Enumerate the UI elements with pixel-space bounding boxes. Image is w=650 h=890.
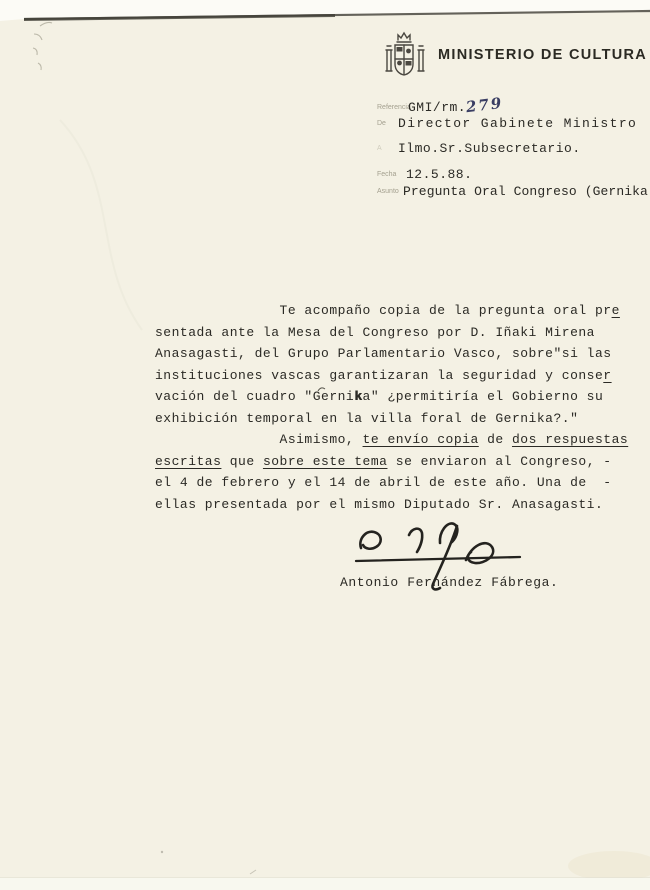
recipient-name: Ilmo.Sr.Subsecretario. <box>398 141 581 156</box>
field-fecha: Fecha12.5.88. <box>377 165 472 183</box>
field-label-referencia: Referencia <box>377 104 408 111</box>
field-a: AIlmo.Sr.Subsecretario. <box>377 139 581 157</box>
field-de: DeDirector Gabinete Ministro <box>377 114 637 132</box>
reference-number: GMI/rm. <box>408 100 466 115</box>
subject-value: Pregunta Oral Congreso (Gernika <box>403 184 648 199</box>
field-label-asunto: Asunto <box>377 188 403 195</box>
body-line: Te acompaño copia de la pregunta oral pr… <box>155 300 628 322</box>
sender-name: Director Gabinete Ministro <box>398 116 637 131</box>
body-line: vación del cuadro "Gernika" ¿permitiría … <box>155 386 628 408</box>
field-label-fecha: Fecha <box>377 171 406 178</box>
date-value: 12.5.88. <box>406 167 472 182</box>
scanned-letter-page: MINISTERIO DE CULTURA ReferenciaGMI/rm.2… <box>0 0 650 890</box>
ministry-header-title: MINISTERIO DE CULTURA <box>438 47 647 63</box>
body-line: exhibición temporal en la villa foral de… <box>155 408 628 430</box>
signatory-typed-name: Antonio Fernández Fábrega. <box>340 575 558 590</box>
body-line: instituciones vascas garantizaran la seg… <box>155 365 628 387</box>
body-line: escritas que sobre este tema se enviaron… <box>155 451 628 473</box>
handwritten-signature <box>330 510 600 605</box>
field-label-de: De <box>377 120 398 127</box>
handwritten-reference-number: 279 <box>465 94 504 116</box>
body-line: el 4 de febrero y el 14 de abril de este… <box>155 472 628 494</box>
letter-body: Te acompaño copia de la pregunta oral pr… <box>155 300 628 515</box>
field-label-a: A <box>377 145 398 152</box>
spain-coat-of-arms-icon <box>383 30 427 85</box>
body-line: Anasagasti, del Grupo Parlamentario Vasc… <box>155 343 628 365</box>
body-line: sentada ante la Mesa del Congreso por D.… <box>155 322 628 344</box>
paper-crease <box>60 120 142 330</box>
field-asunto: AsuntoPregunta Oral Congreso (Gernika <box>377 182 648 200</box>
pencil-scribbles <box>33 22 52 70</box>
body-line: Asimismo, te envío copia de dos respuest… <box>155 429 628 451</box>
